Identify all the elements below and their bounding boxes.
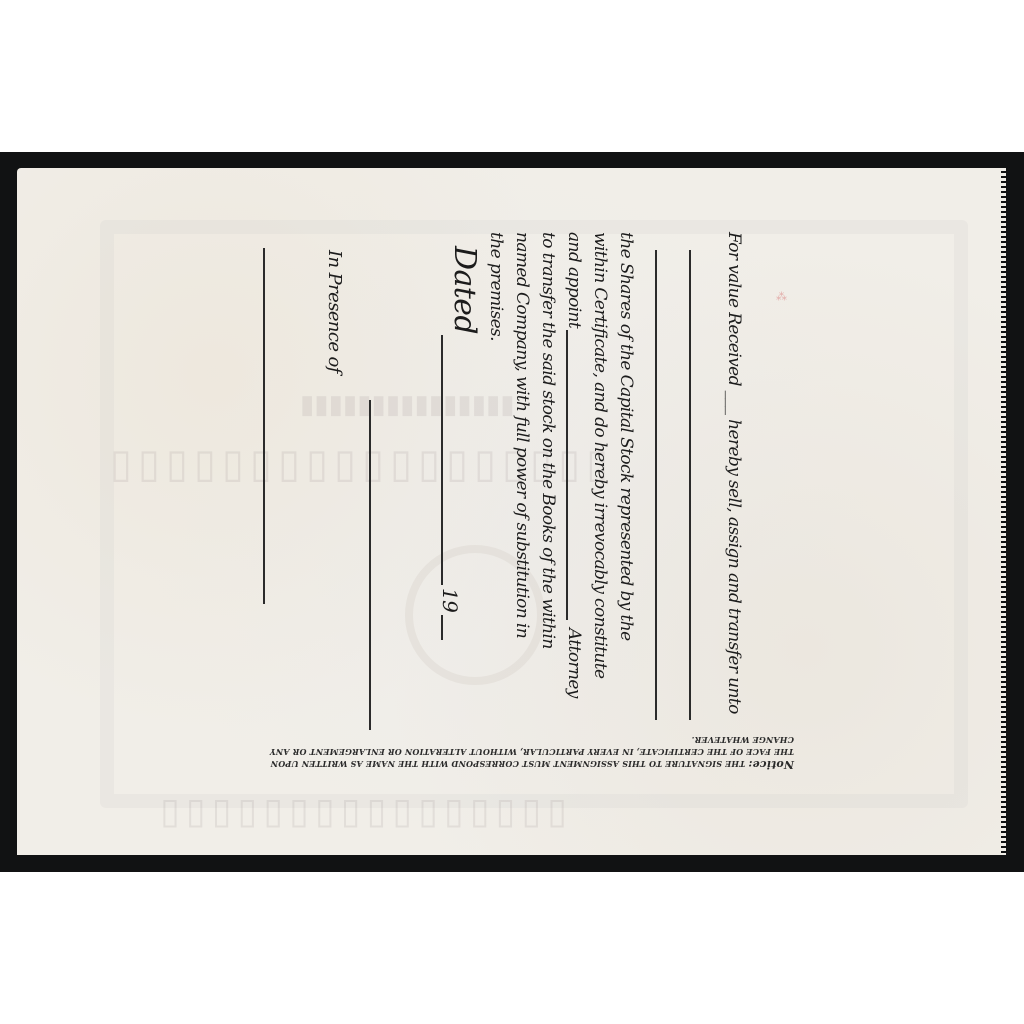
assignment-line-2: the Shares of the Capital Stock represen… xyxy=(616,232,636,641)
perforated-stub-edge xyxy=(1001,168,1006,855)
dated-label: Dated xyxy=(447,246,482,334)
assignment-line-7: the premises. xyxy=(486,232,506,341)
attorney-name-line[interactable] xyxy=(566,330,568,620)
notice-text: THE SIGNATURE TO THIS ASSIGNMENT MUST CO… xyxy=(270,735,794,769)
assignee-address-line[interactable] xyxy=(655,250,657,720)
assignment-line-6: named Company, with full power of substi… xyxy=(512,232,532,638)
assignment-line-5: to transfer the said stock on the Books … xyxy=(538,232,558,649)
witness-label: In Presence of xyxy=(324,250,345,373)
assignment-line-4-prefix: and appoint xyxy=(564,232,584,328)
bleed-through-bottom-banner: ▯▯▯▯▯▯▯▯▯▯▯▯▯▯▯▯ xyxy=(160,790,573,832)
witness-signature-line[interactable] xyxy=(263,248,265,604)
bleed-through-border xyxy=(100,220,968,808)
assignment-notice: Notice: THE SIGNATURE TO THIS ASSIGNMENT… xyxy=(262,734,794,770)
year-line[interactable] xyxy=(441,615,443,640)
red-ink-mark: ⁂ xyxy=(776,290,787,303)
notice-lead: Notice: xyxy=(748,758,794,771)
assignee-name-line[interactable] xyxy=(689,250,691,720)
year-prefix: 19 xyxy=(438,588,462,612)
assignment-line-3: within Certificate, and do hereby irrevo… xyxy=(590,232,610,678)
signature-line[interactable] xyxy=(369,400,371,730)
assignment-line-4-suffix: Attorney xyxy=(564,628,584,698)
assignment-line-1: For value Received ___ hereby sell, assi… xyxy=(724,232,744,714)
date-line[interactable] xyxy=(441,335,443,585)
bleed-through-company-name: ▮▮▮▮▮▮▮▮▮▮▮▮▮▮▮ xyxy=(300,390,515,420)
